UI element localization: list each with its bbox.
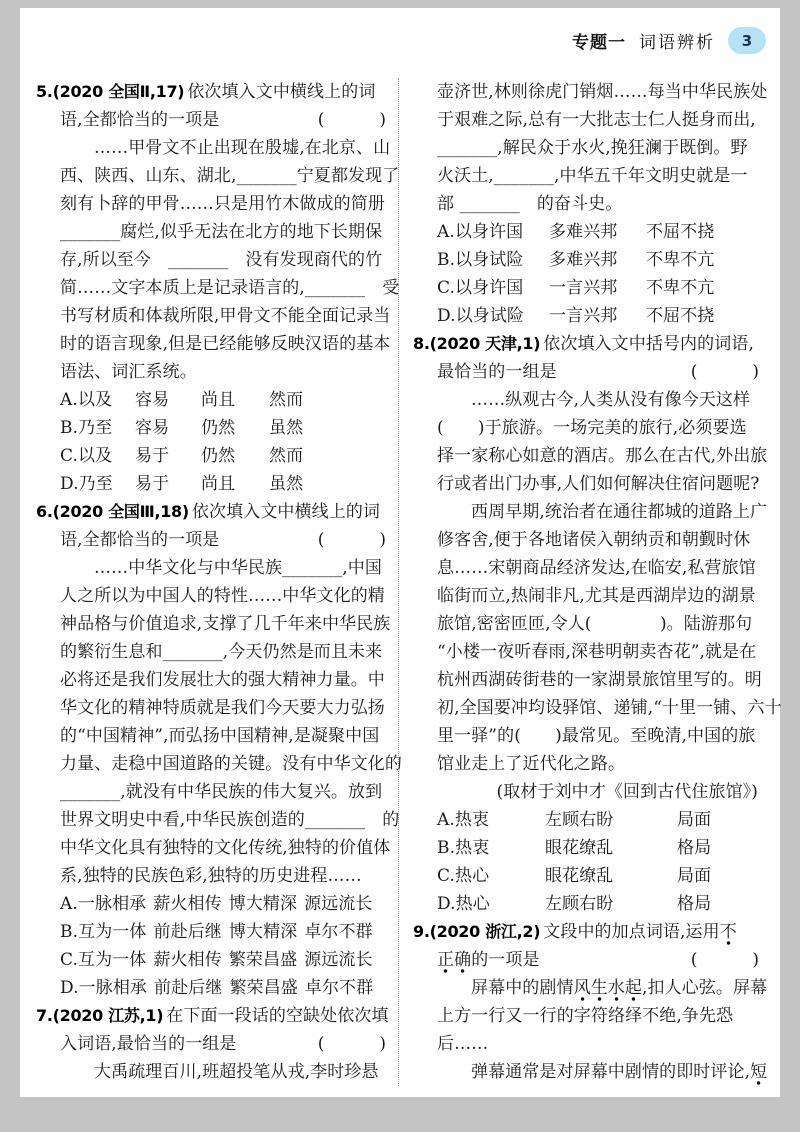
option-row: B.互为一体前赴后继博大精深卓尔不群	[36, 918, 387, 946]
paragraph-first-line: ……甲骨文不止出现在殷墟,在北京、山	[36, 134, 387, 162]
option-cell: D.一脉相承	[60, 974, 147, 1002]
option-cell: 容易	[135, 414, 201, 442]
answer-bracket: ( )	[691, 358, 760, 386]
text-line: 上方一行又一行的字符络绎不绝,争先恐	[413, 1002, 760, 1030]
question-header-line: 8.(2020 天津,1)依次填入文中括号内的词语,	[413, 330, 760, 358]
option-cell: 仍然	[201, 414, 269, 442]
option-cell: 格局	[677, 834, 711, 862]
option-cell: 不屈不挠	[646, 218, 714, 246]
section-label: 专题一	[572, 28, 626, 53]
text-line: 后……	[413, 1030, 760, 1058]
text-line: 世界文明史中看,中华民族创造的_______ 的	[36, 806, 387, 834]
text-line: 刻有卜辞的甲骨……只是用竹木做成的简册	[36, 190, 387, 218]
text-line: 神品格与价值追求,支撑了几千年来中华民族	[36, 610, 387, 638]
option-cell: 然而	[269, 442, 303, 470]
option-row: C.以身许国一言兴邦不卑不亢	[413, 274, 760, 302]
option-cell: A.一脉相承	[60, 890, 146, 918]
paragraph-first-line: 大禹疏理百川,班超投笔从戎,李时珍悬	[36, 1058, 387, 1086]
question-header-line: 6.(2020 全国Ⅲ,18)依次填入文中横线上的词	[36, 498, 387, 526]
text-line: 力量、走稳中国道路的关键。没有中华文化的	[36, 750, 387, 778]
option-row: C.以及易于仍然然而	[36, 442, 387, 470]
text-line: _______,就没有中华民族的伟大复兴。放到	[36, 778, 387, 806]
option-row: A.一脉相承薪火相传博大精深源远流长	[36, 890, 387, 918]
option-cell: 容易	[135, 386, 201, 414]
paragraph-first-line: 弹幕通常是对屏幕中剧情的即时评论,短	[413, 1058, 760, 1086]
option-cell: 不屈不挠	[646, 302, 714, 330]
option-cell: C.以身许国	[437, 274, 549, 302]
option-cell: 薪火相传	[153, 946, 221, 974]
option-cell: 一言兴邦	[549, 302, 646, 330]
option-cell: 卓尔不群	[304, 918, 372, 946]
question-number-source: 5.(2020 全国Ⅱ,17)	[36, 82, 184, 101]
option-row: D.热心左顾右盼格局	[413, 890, 760, 918]
text-line: 火沃土,_______,中华五千年文明史就是一	[413, 162, 760, 190]
option-cell: 卓尔不群	[305, 974, 373, 1002]
option-row: A.热衷左顾右盼局面	[413, 806, 760, 834]
option-row: B.热衷眼花缭乱格局	[413, 834, 760, 862]
option-cell: 局面	[677, 806, 711, 834]
option-cell: B.乃至	[60, 414, 135, 442]
text-line: 时的语言现象,但是已经能够反映汉语的基本	[36, 330, 387, 358]
text-line: 临街而立,热闹非凡,尤其是西湖岸边的湖景	[413, 582, 760, 610]
option-cell: 前赴后继	[154, 974, 222, 1002]
question-stem-line: 最恰当的一组是( )	[413, 358, 760, 386]
text-line: 简……文字本质上是记录语言的,_______ 受	[36, 274, 387, 302]
text-line: 的“中国精神”,而弘扬中国精神,是凝聚中国	[36, 722, 387, 750]
question-header-line: 7.(2020 江苏,1)在下面一段话的空缺处依次填	[36, 1002, 387, 1030]
option-row: D.一脉相承前赴后继繁荣昌盛卓尔不群	[36, 974, 387, 1002]
option-cell: 易于	[135, 470, 201, 498]
text-line: 行或者出门办事,人们如何解决住宿问题呢?	[413, 470, 760, 498]
text-line: 择一家称心如意的酒店。那么在古代,外出旅	[413, 442, 760, 470]
option-cell: B.热衷	[437, 834, 545, 862]
text-line: 里一驿”的( )最常见。至晚清,中国的旅	[413, 722, 760, 750]
text-line: 部 _______ 的奋斗史。	[413, 190, 760, 218]
option-cell: 前赴后继	[154, 918, 222, 946]
option-cell: 仍然	[201, 442, 269, 470]
text-line: 必将还是我们发展壮大的强大精神力量。中	[36, 666, 387, 694]
text-line: 旅馆,密密匝匝,令人( )。陆游那句	[413, 610, 760, 638]
option-row: B.乃至容易仍然虽然	[36, 414, 387, 442]
answer-bracket: ( )	[318, 1030, 387, 1058]
option-cell: 多难兴邦	[549, 246, 646, 274]
option-cell: D.以身试险	[437, 302, 549, 330]
emphasis-dotted-text: 正确	[437, 950, 471, 974]
option-cell: D.乃至	[60, 470, 135, 498]
question-stem-line: 正确的一项是( )	[413, 946, 760, 974]
question-header-line: 5.(2020 全国Ⅱ,17)依次填入文中横线上的词	[36, 78, 387, 106]
option-cell: C.互为一体	[60, 946, 146, 974]
page-background: 专题一 词语辨析 3 5.(2020 全国Ⅱ,17)依次填入文中横线上的词语,全…	[0, 0, 800, 1132]
text-line: “小楼一夜听春雨,深巷明朝卖杏花”,就是在	[413, 638, 760, 666]
option-cell: A.以及	[60, 386, 135, 414]
answer-bracket: ( )	[318, 106, 387, 134]
option-row: C.互为一体薪火相传繁荣昌盛源远流长	[36, 946, 387, 974]
option-cell: 局面	[677, 862, 711, 890]
text-line: 华文化的精神特质就是我们今天要大力弘扬	[36, 694, 387, 722]
text-line: 系,独特的民族色彩,独特的历史进程……	[36, 862, 387, 890]
option-cell: 左顾右盼	[545, 890, 677, 918]
content-columns: 5.(2020 全国Ⅱ,17)依次填入文中横线上的词语,全都恰当的一项是( )……	[36, 78, 760, 1086]
text-line: 人之所以为中国人的特性……中华文化的精	[36, 582, 387, 610]
text-line: ( )于旅游。一场完美的旅行,必须要选	[413, 414, 760, 442]
option-cell: B.以身试险	[437, 246, 549, 274]
text-line: 息……宋朝商品经济发达,在临安,私营旅馆	[413, 554, 760, 582]
paragraph-first-line: 西周早期,统治者在通往都城的道路上广	[413, 498, 760, 526]
question-stem-line: 入词语,最恰当的一组是( )	[36, 1030, 387, 1058]
emphasis-dotted-text: 风生水起	[574, 978, 642, 1002]
source-attribution-line: (取材于刘中才《回到古代住旅馆》)	[413, 778, 760, 806]
question-stem-line: 语,全都恰当的一项是( )	[36, 106, 387, 134]
emphasis-dotted-text: 不	[720, 922, 737, 946]
text-line: 的繁衍生息和_______,今天仍然是而且未来	[36, 638, 387, 666]
option-cell: 尚且	[201, 470, 269, 498]
option-cell: A.以身许国	[437, 218, 549, 246]
text-line: 书写材质和体裁所限,甲骨文不能全面记录当	[36, 302, 387, 330]
text-line: 初,全国要冲均设驿馆、递铺,“十里一铺、六十	[413, 694, 760, 722]
option-cell: C.热心	[437, 862, 545, 890]
option-cell: 然而	[269, 386, 303, 414]
option-cell: D.热心	[437, 890, 545, 918]
text-line: _______,解民众于水火,挽狂澜于既倒。野	[413, 134, 760, 162]
section-title: 词语辨析	[639, 28, 715, 53]
option-cell: 左顾右盼	[545, 806, 677, 834]
text-line: _______腐烂,似乎无法在北方的地下长期保	[36, 218, 387, 246]
answer-bracket: ( )	[318, 526, 387, 554]
text-line: 存,所以至今 _______ 没有发现商代的竹	[36, 246, 387, 274]
right-column column-divider: 壶济世,林则徐虎门销烟……每当中华民族处于艰难之际,总有一大批志士仁人挺身而出,…	[398, 78, 760, 1086]
option-row: C.热心眼花缭乱局面	[413, 862, 760, 890]
text-line: 中华文化具有独特的文化传统,独特的价值体	[36, 834, 387, 862]
question-header-line: 9.(2020 浙江,2)文段中的加点词语,运用不	[413, 918, 760, 946]
page-number-badge: 3	[728, 27, 766, 54]
option-cell: 格局	[677, 890, 711, 918]
option-cell: 眼花缭乱	[545, 862, 677, 890]
page-header: 专题一 词语辨析 3	[572, 27, 766, 54]
option-row: D.以身试险一言兴邦不屈不挠	[413, 302, 760, 330]
option-cell: 源远流长	[304, 890, 372, 918]
option-cell: 眼花缭乱	[545, 834, 677, 862]
text-line: 语法、词汇系统。	[36, 358, 387, 386]
left-column: 5.(2020 全国Ⅱ,17)依次填入文中横线上的词语,全都恰当的一项是( )……	[36, 78, 398, 1086]
question-stem-line: 语,全都恰当的一项是( )	[36, 526, 387, 554]
text-line: 馆业走上了近代化之路。	[413, 750, 760, 778]
option-row: A.以身许国多难兴邦不屈不挠	[413, 218, 760, 246]
option-cell: 尚且	[201, 386, 269, 414]
emphasis-dotted-text: 短	[750, 1062, 767, 1086]
option-row: A.以及容易尚且然而	[36, 386, 387, 414]
question-number-source: 9.(2020 浙江,2)	[413, 922, 540, 941]
option-cell: 博大精深	[229, 918, 297, 946]
option-cell: A.热衷	[437, 806, 545, 834]
question-number-source: 8.(2020 天津,1)	[413, 334, 540, 353]
text-line: 修客舍,便于各地诸侯入朝纳贡和朝觐时休	[413, 526, 760, 554]
option-cell: C.以及	[60, 442, 135, 470]
option-cell: 虽然	[269, 414, 303, 442]
option-cell: 多难兴邦	[549, 218, 646, 246]
paragraph-first-line: 屏幕中的剧情风生水起,扣人心弦。屏幕	[413, 974, 760, 1002]
option-cell: 博大精深	[229, 890, 297, 918]
option-row: D.乃至易于尚且虽然	[36, 470, 387, 498]
answer-bracket: ( )	[691, 946, 760, 974]
question-number-source: 7.(2020 江苏,1)	[36, 1006, 163, 1025]
option-cell: 薪火相传	[153, 890, 221, 918]
option-cell: 繁荣昌盛	[229, 974, 297, 1002]
option-cell: 易于	[135, 442, 201, 470]
question-number-source: 6.(2020 全国Ⅲ,18)	[36, 502, 189, 521]
option-cell: 不卑不亢	[646, 246, 714, 274]
text-line: 壶济世,林则徐虎门销烟……每当中华民族处	[413, 78, 760, 106]
option-cell: 繁荣昌盛	[229, 946, 297, 974]
text-line: 杭州西湖砖街巷的一家湖景旅馆里写的。明	[413, 666, 760, 694]
text-line: 于艰难之际,总有一大批志士仁人挺身而出,	[413, 106, 760, 134]
paragraph-first-line: ……中华文化与中华民族_______,中国	[36, 554, 387, 582]
option-cell: 一言兴邦	[549, 274, 646, 302]
option-cell: B.互为一体	[60, 918, 147, 946]
paragraph-first-line: ……纵观古今,人类从没有像今天这样	[413, 386, 760, 414]
option-row: B.以身试险多难兴邦不卑不亢	[413, 246, 760, 274]
option-cell: 源远流长	[304, 946, 372, 974]
text-line: 西、陕西、山东、湖北,_______宁夏都发现了	[36, 162, 387, 190]
option-cell: 虽然	[269, 470, 303, 498]
option-cell: 不卑不亢	[646, 274, 714, 302]
